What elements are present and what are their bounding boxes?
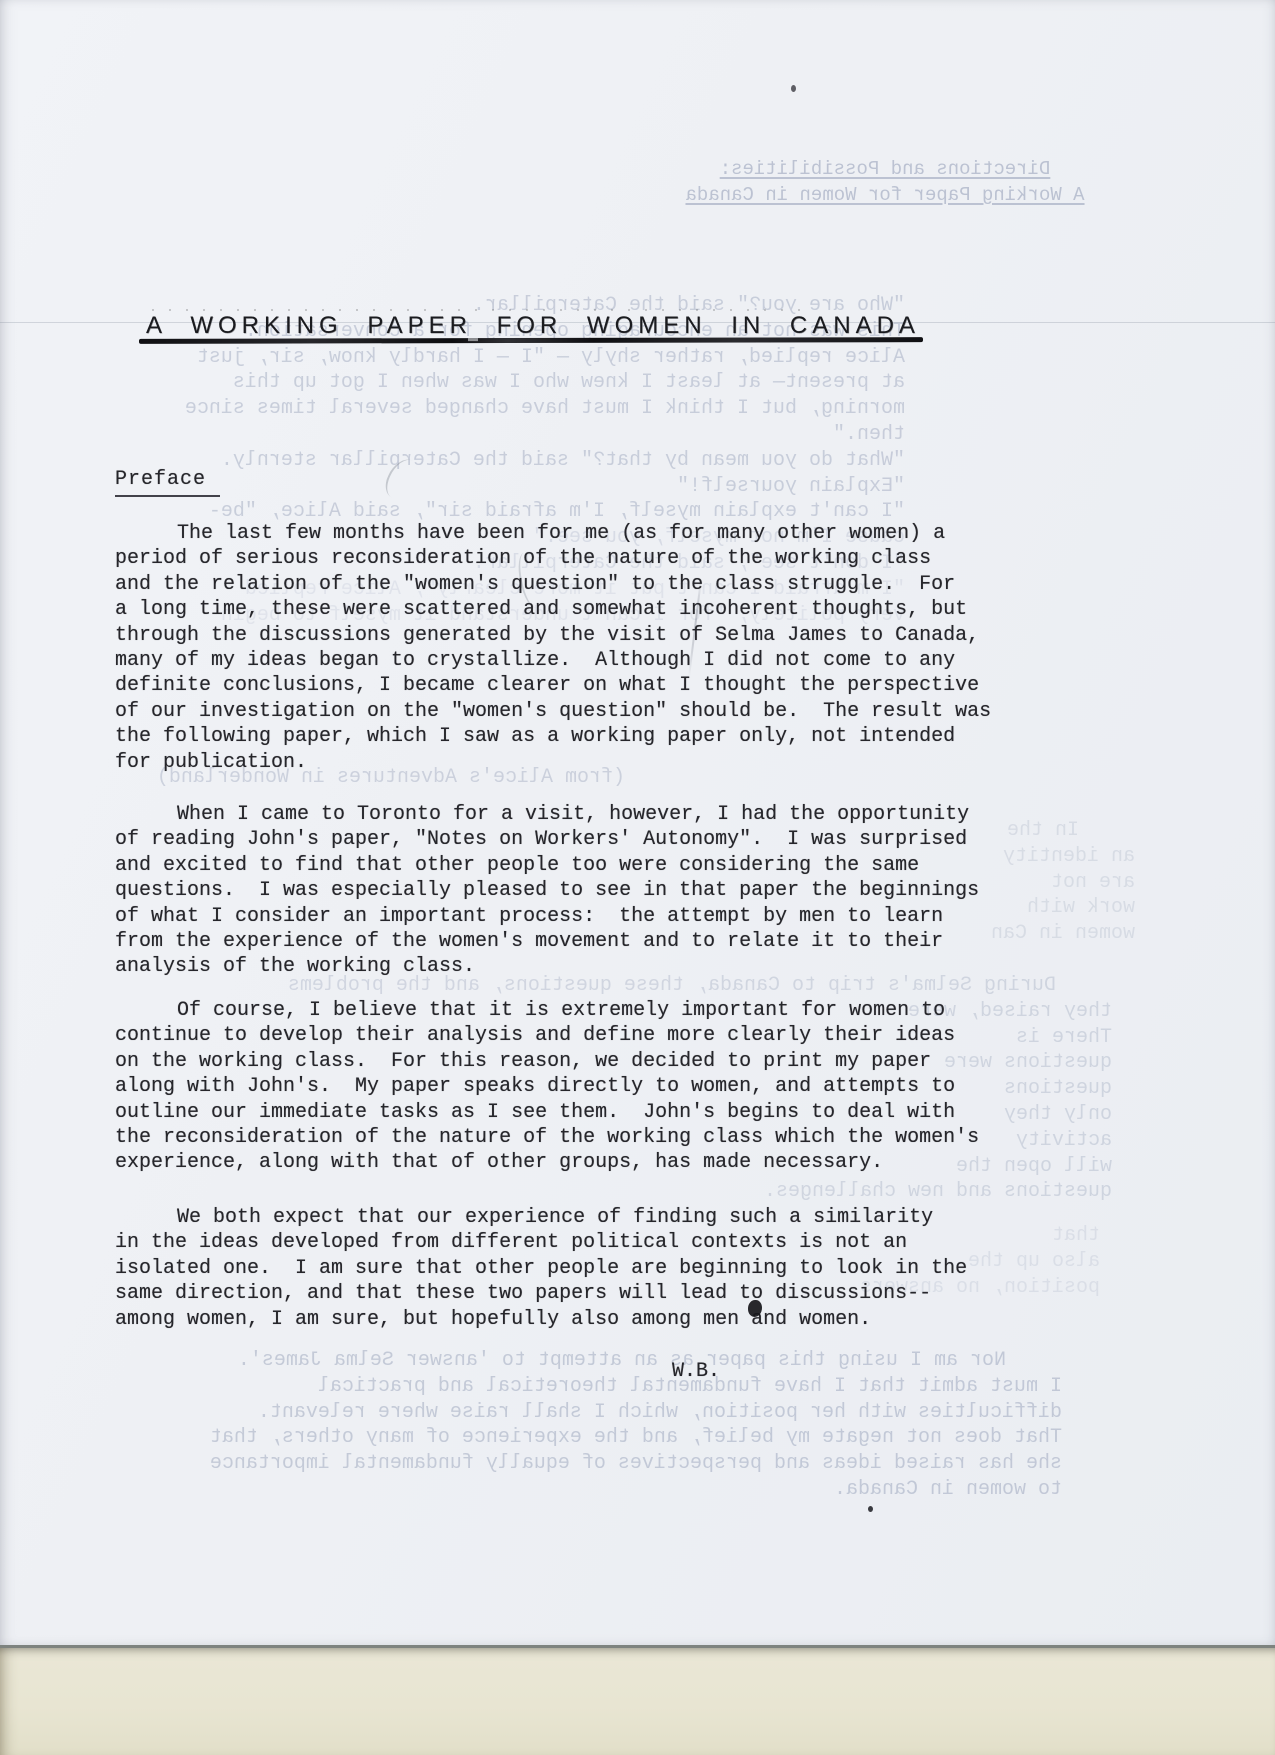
text-line: a long time, these were scattered and so…	[115, 597, 991, 622]
text-line: Of course, I believe that it is extremel…	[115, 998, 979, 1023]
scanned-page: Directions and Possibilities:A Working P…	[0, 0, 1275, 1648]
text-line: outline our immediate tasks as I see the…	[115, 1100, 979, 1125]
text-line: along with John's. My paper speaks direc…	[115, 1074, 979, 1099]
text-line: in the ideas developed from different po…	[115, 1230, 967, 1255]
bleed-through-closing-paragraph: Nor am I using this paper as an attempt …	[210, 1348, 1062, 1503]
paragraph-3: Of course, I believe that it is extremel…	[115, 998, 979, 1176]
text-line: morning, but I think I must have changed…	[150, 396, 905, 422]
text-line: That does not negate my belief, and the …	[210, 1425, 1062, 1451]
paragraph-1: The last few months have been for me (as…	[115, 521, 991, 775]
text-line: through the discussions generated by the…	[115, 623, 991, 648]
text-line: A Working Paper for Women in Canada	[675, 182, 1095, 208]
text-line: the following paper, which I saw as a wo…	[115, 724, 991, 749]
text-line: of what I consider an important process:…	[115, 904, 979, 929]
text-line: continue to develop their analysis and d…	[115, 1023, 979, 1048]
text-line: period of serious reconsideration of the…	[115, 546, 991, 571]
text-line: and excited to find that other people to…	[115, 853, 979, 878]
text-line: Alice replied, rather shyly — "I — I har…	[150, 345, 905, 371]
text-line: many of my ideas began to crystallize. A…	[115, 648, 991, 673]
text-line: and the relation of the "women's questio…	[115, 572, 991, 597]
text-line: questions and new challenges.	[242, 1179, 1112, 1205]
text-line: of reading John's paper, "Notes on Worke…	[115, 827, 979, 852]
scan-speck	[791, 85, 796, 92]
page-title: A WORKING PAPER FOR WOMEN IN CANADA	[146, 312, 920, 340]
text-line: I must admit that I have fundamental the…	[210, 1374, 1062, 1400]
text-line: among women, I am sure, but hopefully al…	[115, 1307, 967, 1332]
text-line: to women in Canada.	[210, 1477, 1062, 1503]
text-line: at present— at least I knew who I was wh…	[150, 370, 905, 396]
author-initials: W.B.	[672, 1360, 720, 1383]
text-line: she has raised ideas and perspectives of…	[210, 1451, 1062, 1477]
text-line: isolated one. I am sure that other peopl…	[115, 1256, 967, 1281]
text-line: the reconsideration of the nature of the…	[115, 1125, 979, 1150]
text-line: then."	[150, 422, 905, 448]
title-dot-artifacts	[152, 309, 802, 311]
text-line: difficulties with her position, which I …	[210, 1400, 1062, 1426]
scanner-backing-strip	[0, 1648, 1275, 1755]
paragraph-4: We both expect that our experience of fi…	[115, 1205, 967, 1332]
text-line: definite conclusions, I became clearer o…	[115, 673, 991, 698]
text-line: on the working class. For this reason, w…	[115, 1049, 979, 1074]
text-line: for publication.	[115, 750, 991, 775]
text-line: from the experience of the women's movem…	[115, 929, 979, 954]
text-line: analysis of the working class.	[115, 954, 979, 979]
text-line: questions. I was especially pleased to s…	[115, 878, 979, 903]
text-line: "Explain yourself!"	[150, 474, 905, 500]
text-line: experience, along with that of other gro…	[115, 1150, 979, 1175]
paragraph-2: When I came to Toronto for a visit, howe…	[115, 802, 979, 980]
text-line: We both expect that our experience of fi…	[115, 1205, 967, 1230]
scan-speck	[868, 1506, 873, 1512]
text-line: of our investigation on the "women's que…	[115, 699, 991, 724]
section-heading-preface: Preface	[115, 468, 220, 497]
text-line: "What do you mean by that?" said the Cat…	[150, 448, 905, 474]
text-line: Directions and Possibilities:	[675, 156, 1095, 182]
text-line: The last few months have been for me (as…	[115, 521, 991, 546]
text-line: When I came to Toronto for a visit, howe…	[115, 802, 979, 827]
bleed-through-header: Directions and Possibilities:A Working P…	[675, 156, 1095, 208]
text-line: same direction, and that these two paper…	[115, 1281, 967, 1306]
text-line: Nor am I using this paper as an attempt …	[210, 1348, 1062, 1374]
